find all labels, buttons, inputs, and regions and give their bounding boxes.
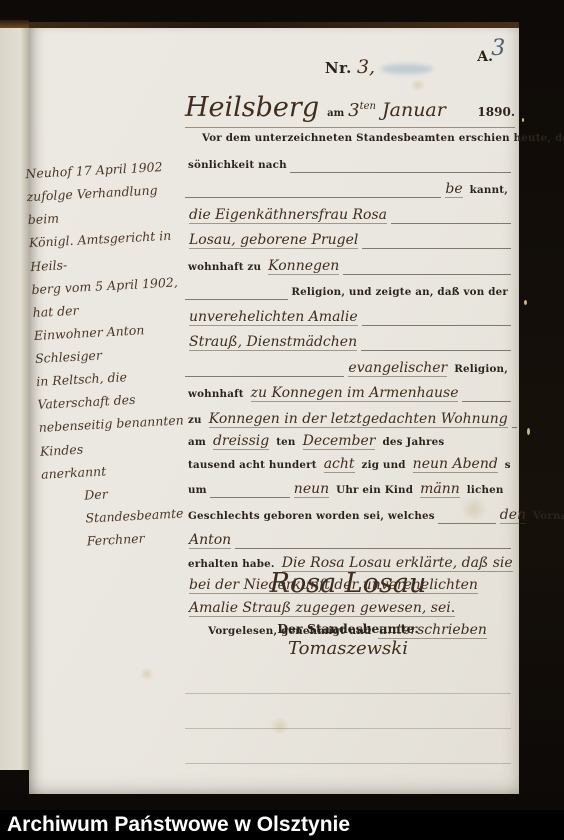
printed-form-text: wohnhaft <box>188 388 244 400</box>
printed-form-text: ten <box>276 436 295 448</box>
blank-rule <box>362 229 511 249</box>
empty-rule <box>185 762 511 764</box>
handwritten-entry: Strauß, Dienstmädchen <box>189 334 357 351</box>
empty-rule <box>185 727 511 729</box>
handwritten-entry: den <box>500 507 526 524</box>
handwritten-entry: be <box>445 181 462 198</box>
form-line: bekannt, <box>185 178 511 198</box>
handwritten-entry: acht <box>324 456 355 473</box>
binding-speck <box>522 118 524 122</box>
printed-form-text: wohnhaft zu <box>188 261 261 273</box>
handwritten-entry: männ <box>420 481 460 498</box>
stain <box>269 718 291 734</box>
margin-note-line: Der Standesbeamte <box>42 478 196 532</box>
blank-rule <box>343 255 511 275</box>
handwritten-entry: Konnegen in der letztgedachten Wohnung <box>209 411 508 428</box>
record-number-label: Nr. <box>325 59 352 77</box>
blank-rule <box>185 280 288 300</box>
blank-rule <box>210 478 290 498</box>
handwritten-entry: die Eigenkäthnersfrau Rosa <box>189 207 387 224</box>
printed-form-text: Geschlechts geboren worden sei, welches <box>188 510 435 522</box>
archive-caption-bar: Archiwum Państwowe w Olsztynie <box>0 810 564 840</box>
signature-witness: Rosa Losau <box>185 568 511 599</box>
printed-form-text: Religion, und zeigte an, daß von der <box>291 286 508 298</box>
handwritten-entry: evangelischer <box>348 360 447 377</box>
blank-rule <box>462 382 511 402</box>
form-line: um neunUhr ein Kindmännlichen <box>185 478 511 498</box>
handwritten-entry: neun <box>294 481 329 498</box>
margin-note-line: Königl. Amtsgericht in Heils- <box>28 224 182 278</box>
printed-form-text: Vornamen <box>533 510 564 522</box>
printed-form-text: zu <box>188 414 202 426</box>
form-line: Vor dem unterzeichneten Standesbeamten e… <box>185 132 511 147</box>
margin-note-line: nebenseitig benannten Kindes <box>38 408 192 462</box>
stain <box>139 668 155 680</box>
handwritten-entry: Anton <box>189 532 231 549</box>
blank-rule <box>361 331 511 351</box>
margin-note-line: in Reltsch, die Vaterschaft des <box>36 362 190 416</box>
archive-caption: Archiwum Państwowe w Olsztynie <box>0 813 350 837</box>
margin-note-line: berg vom 5 April 1902, hat der <box>31 270 185 324</box>
handwritten-entry: unverehelichten Amalie <box>189 309 358 326</box>
printed-form-text: Uhr ein Kind <box>336 484 413 496</box>
handwritten-entry: dreissig <box>213 433 269 450</box>
underpage-edge <box>0 24 29 770</box>
form-line: unverehelichten Amalie <box>185 306 511 326</box>
form-line: tausend acht hundertachtzig undneun Aben… <box>185 456 511 473</box>
date-day-suffix: ten <box>360 101 376 112</box>
binding-speck <box>524 300 527 305</box>
printed-form-text: Vor dem unterzeichneten Standesbeamten e… <box>202 132 564 144</box>
printed-form-text: Religion, <box>454 363 508 375</box>
handwritten-entry: Konnegen <box>268 258 339 275</box>
date-year: 1890. <box>477 105 515 119</box>
photo-background: A. 3 Nr. 3, Heilsberg am 3ten Januar 189… <box>0 0 564 840</box>
form-line: Losau, geborene Prugel <box>185 229 511 249</box>
form-line: Anton <box>185 529 511 549</box>
form-line: evangelischerReligion, <box>185 357 511 377</box>
registrar-label: Der Standesbeamte. <box>185 621 511 636</box>
form-line: zuKonnegen in der letztgedachten Wohnung <box>185 408 511 428</box>
blank-rule <box>235 529 511 549</box>
printed-form-text: sönlichkeit nach <box>188 159 287 171</box>
blank-rule <box>185 357 344 377</box>
blue-stamp-mark <box>381 64 433 74</box>
printed-form-text: um <box>188 484 207 496</box>
document-page: A. 3 Nr. 3, Heilsberg am 3ten Januar 189… <box>29 28 519 794</box>
printed-form-text: lichen <box>467 484 504 496</box>
printed-form-text: kannt, <box>470 184 508 196</box>
form-line: wohnhaft zuKonnegen <box>185 255 511 275</box>
handwritten-entry: zu Konnegen im Armenhause <box>251 385 459 402</box>
blank-rule <box>391 204 511 224</box>
place-name: Heilsberg <box>185 92 319 123</box>
printed-form-text: am <box>188 436 206 448</box>
handwritten-entry: neun Abend <box>413 456 498 473</box>
am-label: am <box>327 108 344 119</box>
stain <box>409 80 427 90</box>
blank-rule <box>362 306 511 326</box>
form-line: amdreissigtenDecemberdes Jahres <box>185 433 511 450</box>
blank-rule <box>512 408 517 428</box>
form-line: sönlichkeit nach <box>185 153 511 173</box>
signature-block: Rosa Losau Der Standesbeamte. Tomaszewsk… <box>185 568 511 764</box>
stain <box>459 498 489 520</box>
record-head: Nr. 3, Heilsberg am 3ten Januar 1890. <box>185 56 515 128</box>
date-month: Januar <box>382 99 446 121</box>
margin-note-line: Einwohner Anton Schlesiger <box>33 316 187 370</box>
handwritten-entry: Losau, geborene Prugel <box>189 232 358 249</box>
margin-note-line: zufolge Verhandlung beim <box>26 177 180 231</box>
blank-rule <box>185 178 441 198</box>
dateline: Heilsberg am 3ten Januar 1890. <box>185 92 515 128</box>
margin-note: Neuhof 17 April 1902zufolge Verhandlung … <box>25 154 197 555</box>
printed-form-text: s <box>505 459 511 471</box>
form-line: Religion, und zeigte an, daß von der <box>185 280 511 300</box>
signature-registrar: Tomaszewski <box>185 638 511 659</box>
empty-rule <box>185 692 511 694</box>
handwritten-entry: December <box>303 433 376 450</box>
printed-form-text: tausend acht hundert <box>188 459 317 471</box>
date-day: 3ten <box>348 100 376 121</box>
form-line: die Eigenkäthnersfrau Rosa <box>185 204 511 224</box>
printed-form-text: des Jahres <box>382 436 444 448</box>
blank-rule <box>290 153 511 173</box>
form-line: Strauß, Dienstmädchen <box>185 331 511 351</box>
form-line: wohnhaftzu Konnegen im Armenhause <box>185 382 511 402</box>
binding-speck <box>527 428 530 435</box>
record-number-value: 3, <box>357 56 375 78</box>
record-number: Nr. 3, <box>185 56 515 78</box>
printed-form-text: zig und <box>362 459 406 471</box>
